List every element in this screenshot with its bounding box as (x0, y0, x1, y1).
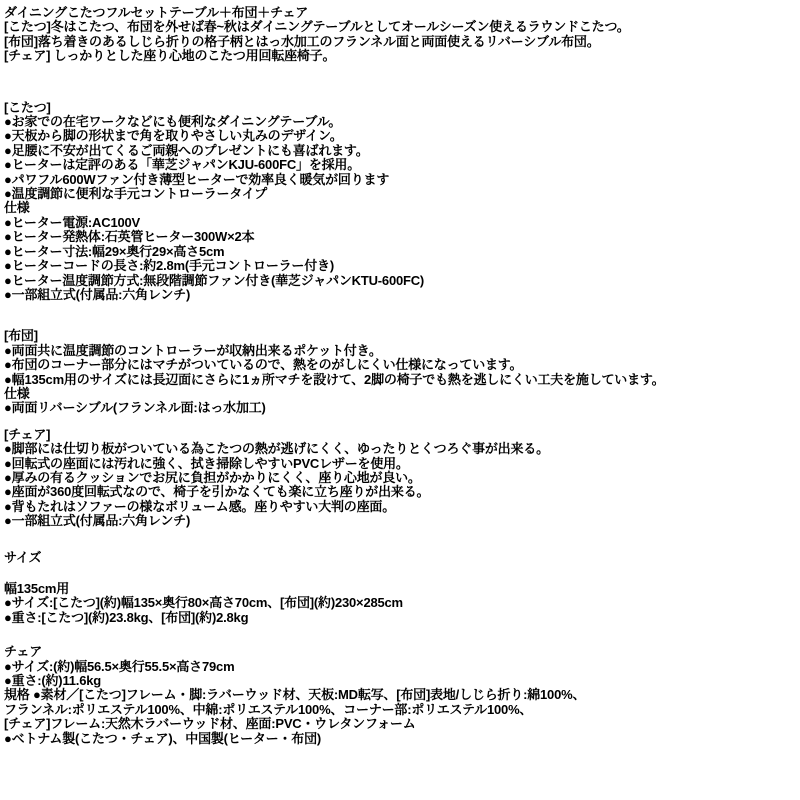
text-line: ●ヒーター電源:AC100V (4, 216, 796, 230)
text-line: 仕様 (4, 387, 796, 401)
text-line: フランネル:ポリエステル100%、中綿:ポリエステル100%、コーナー部:ポリエ… (4, 703, 796, 717)
text-line: ●布団のコーナー部分にはマチがついているので、熱をのがしにくい仕様になっています… (4, 358, 796, 372)
text-line: ●一部組立式(付属品:六角レンチ) (4, 288, 796, 302)
text-line: ●ベトナム製(こたつ・チェア)、中国製(ヒーター・布団) (4, 732, 796, 746)
section-size-chair: チェア●サイズ:(約)幅56.5×奥行55.5×高さ79cm●重さ:(約)11.… (4, 645, 796, 746)
text-line: ●背もたれはソファーの様なボリューム感。座りやすい大判の座面。 (4, 500, 796, 514)
text-line: ●サイズ:(約)幅56.5×奥行55.5×高さ79cm (4, 660, 796, 674)
section-size-135: 幅135cm用●サイズ:[こたつ](約)幅135×奥行80×高さ70cm、[布団… (4, 582, 796, 625)
section-futon: [布団]●両面共に温度調節のコントローラーが収納出来るポケット付き。●布団のコー… (4, 329, 796, 415)
text-line: ●両面リバーシブル(フランネル面:はっ水加工) (4, 401, 796, 415)
text-line: ●パワフル600Wファン付き薄型ヒーターで効率良く暖気が回ります (4, 173, 796, 187)
text-line: ●座面が360度回転式なので、椅子を引かなくても楽に立ち座りが出来る。 (4, 485, 796, 499)
text-line: ●サイズ:[こたつ](約)幅135×奥行80×高さ70cm、[布団](約)230… (4, 596, 796, 610)
text-line: [チェア]フレーム:天然木ラバーウッド材、座面:PVC・ウレタンフォーム (4, 717, 796, 731)
text-line: ●ヒーター発熱体:石英管ヒーター300W×2本 (4, 230, 796, 244)
text-line: ●回転式の座面には汚れに強く、拭き掃除しやすいPVCレザーを使用。 (4, 457, 796, 471)
text-line: ●一部組立式(付属品:六角レンチ) (4, 514, 796, 528)
text-line: ●重さ:(約)11.6kg (4, 674, 796, 688)
text-line: [こたつ]冬はこたつ、布団を外せば春~秋はダイニングテーブルとしてオールシーズン… (4, 20, 796, 34)
text-line: ダイニングこたつフルセットテーブル＋布団＋チェア (4, 6, 796, 20)
text-line: ●厚みの有るクッションでお尻に負担がかかりにくく、座り心地が良い。 (4, 471, 796, 485)
text-line: ●足腰に不安が出てくるご両親へのプレゼントにも喜ばれます。 (4, 144, 796, 158)
text-line: [こたつ] (4, 101, 796, 115)
section-intro: ダイニングこたつフルセットテーブル＋布団＋チェア[こたつ]冬はこたつ、布団を外せ… (4, 6, 796, 64)
text-line: チェア (4, 645, 796, 659)
product-description-page: ダイニングこたつフルセットテーブル＋布団＋チェア[こたつ]冬はこたつ、布団を外せ… (0, 0, 800, 800)
text-line: [チェア] (4, 428, 796, 442)
text-line: ●お家での在宅ワークなどにも便利なダイニングテーブル。 (4, 115, 796, 129)
text-line: ●ヒーターコードの長さ:約2.8m(手元コントローラー付き) (4, 259, 796, 273)
text-line: ●天板から脚の形状まで角を取りやさしい丸みのデザイン。 (4, 129, 796, 143)
text-line: 規格 ●素材／[こたつ]フレーム・脚:ラバーウッド材、天板:MD転写、[布団]表… (4, 688, 796, 702)
text-line: 幅135cm用 (4, 582, 796, 596)
text-line: ●両面共に温度調節のコントローラーが収納出来るポケット付き。 (4, 344, 796, 358)
text-line: ●温度調節に便利な手元コントローラータイプ (4, 187, 796, 201)
text-line: サイズ (4, 551, 796, 565)
text-line: [布団]落ち着きのあるしじら折りの格子柄とはっ水加工のフランネル面と両面使えるリ… (4, 35, 796, 49)
section-kotatsu: [こたつ]●お家での在宅ワークなどにも便利なダイニングテーブル。●天板から脚の形… (4, 101, 796, 303)
text-line: ●重さ:[こたつ](約)23.8kg、[布団](約)2.8kg (4, 611, 796, 625)
text-line: ●脚部には仕切り板がついている為こたつの熱が逃げにくく、ゆったりとくつろぐ事が出… (4, 442, 796, 456)
text-line: [チェア] しっかりとした座り心地のこたつ用回転座椅子。 (4, 49, 796, 63)
text-line: ●ヒーターは定評のある「華芝ジャパンKJU-600FC」を採用。 (4, 158, 796, 172)
text-line: ●ヒーター温度調節方式:無段階調節ファン付き(華芝ジャパンKTU-600FC) (4, 274, 796, 288)
section-size-heading: サイズ (4, 551, 796, 565)
text-line: 仕様 (4, 201, 796, 215)
text-line: [布団] (4, 329, 796, 343)
text-line: ●ヒーター寸法:幅29×奥行29×高さ5cm (4, 245, 796, 259)
section-chair: [チェア]●脚部には仕切り板がついている為こたつの熱が逃げにくく、ゆったりとくつ… (4, 428, 796, 529)
text-line: ●幅135cm用のサイズには長辺面にさらに1ヵ所マチを設けて、2脚の椅子でも熱を… (4, 373, 796, 387)
